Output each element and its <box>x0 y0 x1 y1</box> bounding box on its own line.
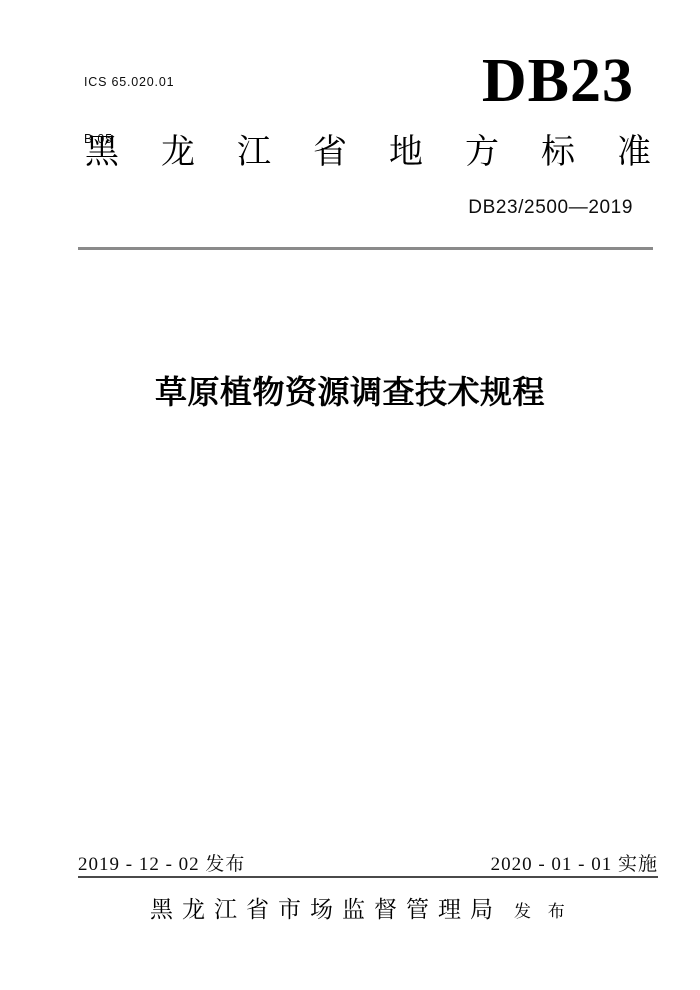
publish-label: 发 布 <box>514 902 571 921</box>
standard-big-code: DB23 <box>482 50 634 112</box>
header-divider-rule <box>78 247 653 250</box>
issue-date: 2019 - 12 - 02 发布 <box>78 854 245 876</box>
implementation-date: 2020 - 01 - 01 实施 <box>491 854 658 876</box>
ics-code: ICS 65.020.01 <box>84 73 174 92</box>
standard-cover-page: ICS 65.020.01 B 05 DB23 黑龙江省地方标准 DB23/25… <box>0 0 700 990</box>
footer-divider-rule <box>78 876 658 878</box>
standard-number: DB23/2500—2019 <box>468 198 633 217</box>
publisher-name: 黑龙江省市场监督管理局 <box>150 897 502 922</box>
publisher-row: 黑龙江省市场监督管理局发 布 <box>150 897 571 923</box>
date-row: 2019 - 12 - 02 发布 2020 - 01 - 01 实施 <box>78 854 658 876</box>
standard-name-heading: 黑龙江省地方标准 <box>85 135 693 169</box>
document-title: 草原植物资源调查技术规程 <box>0 373 700 411</box>
